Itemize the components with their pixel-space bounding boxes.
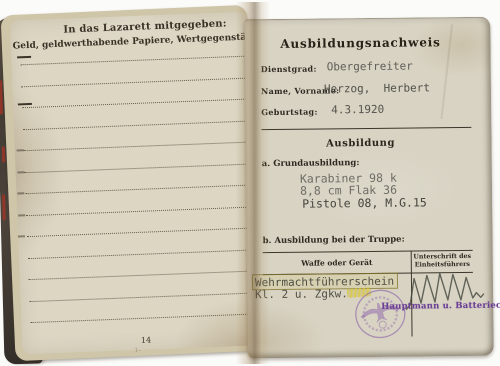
margin-tick [17, 192, 24, 194]
ruled-line [26, 206, 254, 216]
book-scan-photo: In das Lazarett mitgegeben: Geld, geldwe… [0, 0, 500, 366]
left-page: In das Lazarett mitgegeben: Geld, geldwe… [10, 12, 261, 355]
red-edge-mark [2, 146, 5, 162]
table-header-unterschrift-line1: Unterschrift des [413, 253, 471, 261]
ruled-line [30, 313, 258, 323]
page-title: Ausbildungsnachweis [244, 35, 476, 51]
grundausbildung-entry: Pistole 08, M.G.15 [302, 195, 427, 210]
geburtstag-value: 4.3.1920 [331, 103, 384, 117]
ruled-line [20, 56, 248, 66]
table-header-waffe: Waffe oder Gerät [263, 258, 411, 269]
page-number-bleedthrough: 1– [134, 347, 141, 354]
ruled-line [27, 227, 255, 237]
red-edge-mark [0, 80, 3, 114]
ruled-line [29, 270, 257, 280]
table-entry-line2: Kl. 2 u. Zgkw. [255, 287, 348, 301]
ruled-line [29, 292, 257, 302]
grundausbildung-label: a. Grundausbildung: [262, 158, 360, 169]
ausbildung-section-title: Ausbildung [245, 137, 475, 150]
margin-tick [18, 235, 25, 237]
geburtstag-label: Geburtstag: [261, 107, 318, 118]
dienstgrad-label: Dienstgrad: [261, 64, 317, 75]
ruled-line [21, 77, 249, 87]
truppe-label: b. Ausbildung bei der Truppe: [263, 235, 405, 246]
margin-tick [17, 149, 24, 151]
ruled-line [25, 184, 253, 194]
name-value: Herzog, Herbert [324, 81, 430, 95]
section-divider-rule [261, 127, 471, 130]
ruled-line [28, 249, 256, 259]
stamp-rank-text: Hauptmann u. Batteriechef [381, 300, 500, 311]
page-number: 14 [126, 335, 166, 346]
dienstgrad-value: Obergefreiter [327, 60, 413, 74]
round-unit-stamp [348, 282, 412, 346]
ruled-line [22, 99, 250, 109]
red-edge-mark [2, 194, 6, 220]
ruled-line [24, 141, 252, 151]
margin-tick [18, 214, 25, 216]
ruled-lines [10, 12, 261, 355]
right-page: Ausbildungsnachweis Dienstgrad: Obergefr… [244, 17, 494, 359]
ruled-line [24, 163, 252, 173]
ruled-line [23, 120, 251, 130]
margin-tick [17, 171, 24, 173]
